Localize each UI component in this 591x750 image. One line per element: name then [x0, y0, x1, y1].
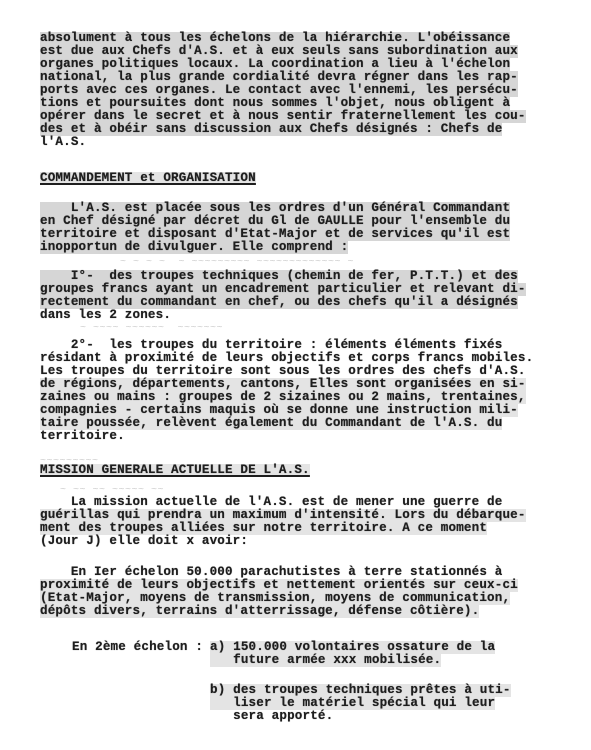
section2-line: (Jour J) elle doit x avoir: [40, 535, 248, 548]
item1-line: dans les 2 zones. [40, 309, 171, 322]
echelon2-a-line: future armée xxx mobilisée. [210, 654, 441, 667]
intro-line: des et à obéir sans discussion aux Chefs… [40, 123, 502, 136]
section-heading-mission: MISSION GENERALE ACTUELLE DE L'A.S. [40, 464, 310, 477]
section-heading-commandement: COMMANDEMENT et ORGANISATION [40, 172, 256, 185]
bleed-through-text: ~ ~~~~ ~~~~~~ ~~~~~~~ [80, 323, 223, 334]
echelon2-label: En 2ème échelon : [72, 641, 203, 654]
item2-line: territoire. [40, 430, 125, 443]
echelon2-b-line: sera apporté. [210, 710, 333, 723]
bleed-through-text: ~ ~ ~ ~ ~ ~~~~~~~~~ ~~~~~~~~~~~~~ ~ [120, 257, 354, 268]
section1-line: inopportun de divulguer. Elle comprend : [40, 241, 348, 254]
intro-line: l'A.S. [40, 136, 86, 149]
echelon1-line: dépôts divers, terrains d'atterrissage, … [40, 605, 479, 618]
scanned-document-page: ~ ~ ~ ~ ~ ~~~~~~~~~ ~~~~~~~~~~~~~ ~ ~ ~~… [0, 0, 591, 750]
